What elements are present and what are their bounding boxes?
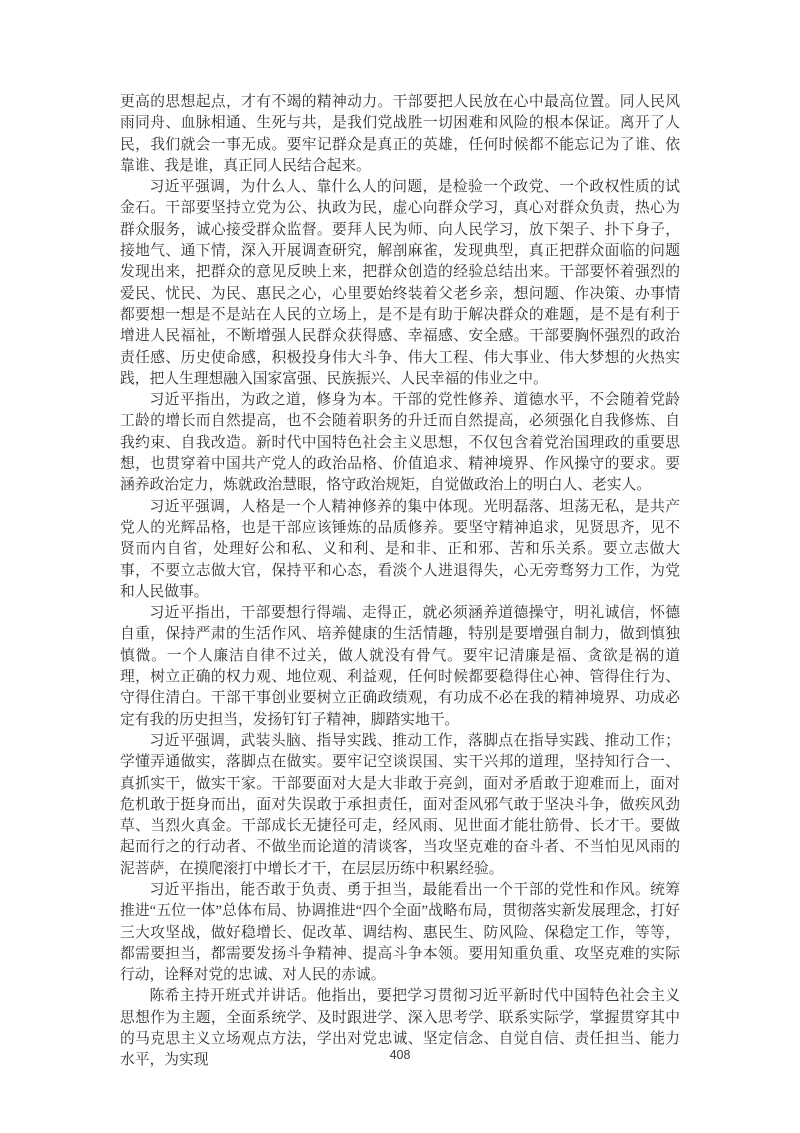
page-footer: 408 [0, 1046, 800, 1064]
paragraph: 习近平强调，人格是一个人精神修养的集中体现。光明磊落、坦荡无私，是共产党人的光辉… [120, 497, 680, 603]
paragraph: 习近平强调，武装头脑、指导实践、推动工作，落脚点在指导实践、推动工作；学懂弄通做… [120, 731, 680, 880]
paragraph: 习近平指出，为政之道，修身为本。干部的党性修养、道德水平，不会随着党龄工龄的增长… [120, 390, 680, 496]
paragraph: 习近平指出，干部要想行得端、走得正，就必须涵养道德操守，明礼诚信，怀德自重，保持… [120, 603, 680, 731]
document-page: 更高的思想起点，才有不竭的精神动力。干部要把人民放在心中最高位置。同人民风雨同舟… [0, 0, 800, 1133]
text-block: 更高的思想起点，才有不竭的精神动力。干部要把人民放在心中最高位置。同人民风雨同舟… [120, 92, 680, 1072]
page-number: 408 [390, 1048, 411, 1062]
paragraph: 习近平强调，为什么人、靠什么人的问题，是检验一个政党、一个政权性质的试金石。干部… [120, 177, 680, 390]
paragraph: 习近平指出，能否敢于负责、勇于担当，最能看出一个干部的党性和作风。统筹推进“五位… [120, 880, 680, 986]
paragraph: 更高的思想起点，才有不竭的精神动力。干部要把人民放在心中最高位置。同人民风雨同舟… [120, 92, 680, 177]
